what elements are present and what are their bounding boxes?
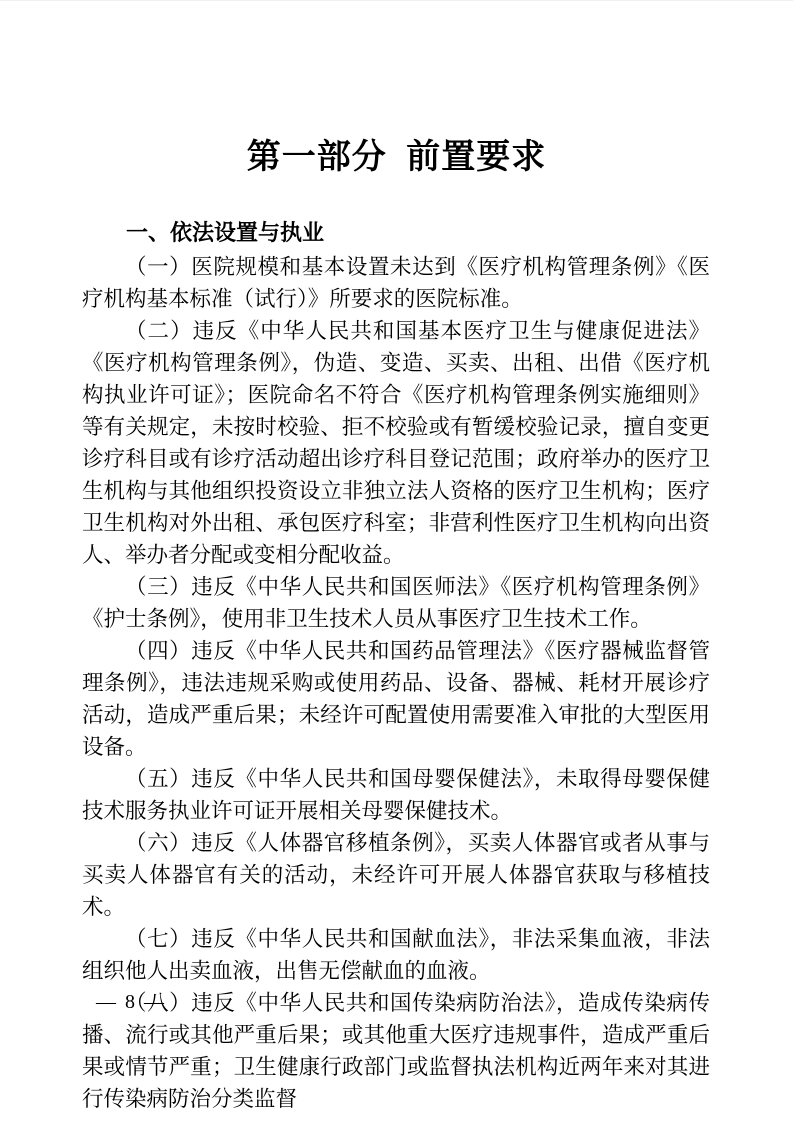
document-page: 第一部分 前置要求 一、依法设置与执业 （一）医院规模和基本设置未达到《医疗机构… (0, 0, 793, 1122)
page-title: 第一部分 前置要求 (0, 129, 793, 178)
paragraph-item-6: （六）违反《人体器官移植条例》，买卖人体器官或者从事与买卖人体器官有关的活动，未… (82, 827, 710, 923)
paragraph-item-7: （七）违反《中华人民共和国献血法》，非法采集血液，非法组织他人出卖血液，出售无偿… (82, 923, 710, 987)
page-number: — 8 — (96, 991, 166, 1014)
document-body: 一、依法设置与执业 （一）医院规模和基本设置未达到《医疗机构管理条例》《医疗机构… (82, 217, 710, 1115)
paragraph-item-4: （四）违反《中华人民共和国药品管理法》《医疗器械监督管理条例》，违法违规采购或使… (82, 635, 710, 763)
paragraph-item-3: （三）违反《中华人民共和国医师法》《医疗机构管理条例》《护士条例》，使用非卫生技… (82, 571, 710, 635)
paragraph-item-1: （一）医院规模和基本设置未达到《医疗机构管理条例》《医疗机构基本标准（试行）》所… (82, 251, 710, 315)
paragraph-item-5: （五）违反《中华人民共和国母婴保健法》，未取得母婴保健技术服务执业许可证开展相关… (82, 763, 710, 827)
section-heading: 一、依法设置与执业 (82, 217, 710, 249)
paragraph-item-8: （八）违反《中华人民共和国传染病防治法》，造成传染病传播、流行或其他严重后果；或… (82, 987, 710, 1115)
paragraph-item-2: （二）违反《中华人民共和国基本医疗卫生与健康促进法》《医疗机构管理条例》，伪造、… (82, 315, 710, 571)
